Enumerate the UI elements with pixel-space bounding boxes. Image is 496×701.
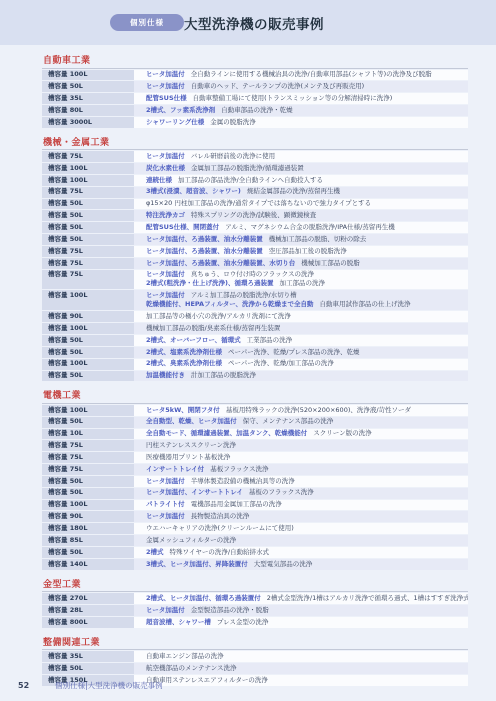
table-row: 槽容量 90L加工部品等の極小穴の洗浄/アルカリ洗剤にて洗浄 — [42, 311, 468, 322]
description-line: 2槽式(粗洗浄・仕上げ洗浄)、循環ろ過装置加工部品の洗浄 — [146, 280, 466, 287]
description-line: 2槽式、オーバーフロー、循環式工業部品の洗浄 — [146, 337, 466, 344]
description-text: 機械加工部品の脱脂、切粉の除去 — [269, 235, 367, 243]
table-row: 槽容量 50L全自動型、乾燥、ヒータ加温付保守、メンテナンス部品の洗浄 — [42, 417, 468, 428]
description-text: φ15×20 円柱加工部品の洗浄/通常タイプでは落ちないので強力タイプとする — [146, 199, 371, 207]
industry-section: 自動車工業槽容量 100Lヒータ加温付全自動ラインに使用する機械治具の洗浄/自動… — [42, 53, 468, 128]
tank-capacity-cell: 槽容量 90L — [42, 311, 134, 322]
description-text: 基板のフラックス洗浄 — [249, 488, 314, 496]
description-line: ヒータ5kW、開閉フタ付基板用特殊ラックの洗浄(520×200×600)、洗浄液… — [146, 407, 466, 414]
description-cell: 2槽式、臭素系洗浄剤仕様ペーパー洗浄、乾燥/加工部品の洗浄 — [134, 359, 468, 370]
table-row: 槽容量 100Lパトライト付電機部品用金属加工部品の洗浄 — [42, 500, 468, 511]
description-line: 2槽式特殊ワイヤーの洗浄/自動給排水式 — [146, 549, 466, 556]
description-text: 自動車用ステンレスエアフィルターの洗浄 — [146, 676, 268, 684]
description-line: ヒータ加温付自動車のヘッド、テールランプの洗浄(メンテ及び再販売用) — [146, 83, 466, 90]
description-cell: 金属メッシュフィルターの洗浄 — [134, 535, 468, 546]
tank-capacity-cell: 槽容量 50L — [42, 371, 134, 382]
description-cell: ヒータ加温付半導体製造設備の機械治具等の洗浄 — [134, 476, 468, 487]
table-row: 槽容量 75L円柱ステンレススクリーン洗浄 — [42, 440, 468, 451]
description-text: 2槽式金型洗浄/1槽はアルカリ洗浄で循環ろ過式、1槽はすすぎ洗浄式 — [267, 594, 468, 602]
feature-keyword: 加温機能付き — [146, 371, 185, 379]
table-row: 槽容量 35L配管SUS仕様自動車整備工場にて使用(トランスミッション等の分解清… — [42, 93, 468, 104]
feature-keyword: ヒータ加温付 — [146, 512, 185, 520]
tank-capacity-cell: 槽容量 75L — [42, 258, 134, 269]
feature-keyword: 配管SUS仕様、開閉蓋付 — [146, 223, 219, 231]
description-text: 加工部品の洗浄 — [279, 279, 325, 287]
description-line: ヒータ加温付半導体製造設備の機械治具等の洗浄 — [146, 478, 466, 485]
tank-capacity-cell: 槽容量 35L — [42, 651, 134, 662]
description-line: パトライト付電機部品用金属加工部品の洗浄 — [146, 501, 466, 508]
description-line: 乾燥機能付、HEPAフィルター、洗浄から乾燥まで全自動自動車用試作部品の仕上げ洗… — [146, 301, 466, 308]
description-cell: 2槽式、塩素系洗浄剤仕様ペーパー洗浄、乾燥/プレス部品の洗浄、乾燥 — [134, 347, 468, 358]
tank-capacity-cell: 槽容量 75L — [42, 246, 134, 257]
description-text: 特殊スプリングの洗浄/試験後、顕微鏡検査 — [191, 211, 316, 219]
tank-capacity-cell: 槽容量 50L — [42, 476, 134, 487]
page-footer: 52 個別仕様|大型洗浄機の販売事例 — [18, 680, 163, 691]
table-row: 槽容量 50Lヒータ加温付、インサートトレイ基板のフラックス洗浄 — [42, 488, 468, 499]
table-row: 槽容量 50Lヒータ加温付自動車のヘッド、テールランプの洗浄(メンテ及び再販売用… — [42, 81, 468, 92]
description-text: 電機部品用金属加工部品の洗浄 — [191, 500, 282, 508]
description-line: ヒータ加温付、ろ過装置、油水分離装置機械加工部品の脱脂、切粉の除去 — [146, 236, 466, 243]
spec-table: 槽容量 270L2槽式、ヒータ加温付、循環ろ過装置付2槽式金型洗浄/1槽はアルカ… — [42, 593, 468, 628]
tank-capacity-cell: 槽容量 3000L — [42, 117, 134, 128]
feature-keyword: ヒータ加温付 — [146, 82, 185, 90]
description-text: 計加工部品の脱脂洗浄 — [191, 371, 256, 379]
feature-keyword: ヒータ5kW、開閉フタ付 — [146, 406, 220, 414]
description-line: φ15×20 円柱加工部品の洗浄/通常タイプでは落ちないので強力タイプとする — [146, 200, 466, 207]
description-text: 基板フラックス洗浄 — [210, 465, 268, 473]
tank-capacity-cell: 槽容量 75L — [42, 187, 134, 198]
description-text: 空圧部品加工後の脱脂洗浄 — [269, 247, 347, 255]
description-cell: ヒータ加温付、インサートトレイ基板のフラックス洗浄 — [134, 488, 468, 499]
table-row: 槽容量 100Lヒータ加温付アルミ加工部品の脱脂洗浄/水切り槽乾燥機能付、HEP… — [42, 290, 468, 310]
table-row: 槽容量 28Lヒータ加温付金型製造部品の洗浄・脱脂 — [42, 605, 468, 616]
description-text: 加工部品の部品洗浄/全自動ラインへ自動投入する — [178, 176, 323, 184]
description-cell: 全自動モード、循環濾過装置、加温タンク、乾燥機能付スクリーン版の洗浄 — [134, 429, 468, 440]
feature-keyword: 全自動型、乾燥、ヒータ加温付 — [146, 417, 237, 425]
description-text: 加工部品等の極小穴の洗浄/アルカリ洗剤にて洗浄 — [146, 312, 291, 320]
description-text: 自動車エンジン部品の洗浄 — [146, 652, 224, 660]
tank-capacity-cell: 槽容量 50L — [42, 199, 134, 210]
description-line: ヒータ加温付、ろ過装置、油水分離装置、水切り台機械加工部品の脱脂 — [146, 260, 466, 267]
section-title: 自動車工業 — [42, 53, 468, 69]
description-text: 焼結金属部品の洗浄/蒸留再生機 — [247, 187, 340, 195]
feature-keyword: ヒータ加温付 — [146, 70, 185, 78]
description-cell: 2槽式、フッ素系洗浄剤自動車部品の洗浄・乾燥 — [134, 105, 468, 116]
description-text: 長物製造治具の洗浄 — [191, 512, 250, 520]
tank-capacity-cell: 槽容量 270L — [42, 593, 134, 604]
description-text: 金属の脱脂洗浄 — [210, 118, 256, 126]
description-line: 2槽式、フッ素系洗浄剤自動車部品の洗浄・乾燥 — [146, 107, 466, 114]
tank-capacity-cell: 槽容量 140L — [42, 559, 134, 570]
description-line: 特注洗浄カゴ特殊スプリングの洗浄/試験後、顕微鏡検査 — [146, 212, 466, 219]
table-row: 槽容量 35L自動車エンジン部品の洗浄 — [42, 651, 468, 662]
tank-capacity-cell: 槽容量 50L — [42, 222, 134, 233]
description-cell: ウエハーキャリアの洗浄(クリーンルームにて使用) — [134, 523, 468, 534]
description-text: 医療機器用プリント基板洗浄 — [146, 453, 230, 461]
tank-capacity-cell: 槽容量 100L — [42, 175, 134, 186]
feature-keyword: ヒータ加温付 — [146, 270, 185, 278]
table-row: 槽容量 50Lφ15×20 円柱加工部品の洗浄/通常タイプでは落ちないので強力タ… — [42, 199, 468, 210]
tank-capacity-cell: 槽容量 100L — [42, 323, 134, 334]
description-cell: 炭化水素仕様金属加工部品の脱脂洗浄/循環濾過装置 — [134, 163, 468, 174]
feature-keyword: 2槽式 — [146, 548, 164, 556]
description-text: 自動車整備工場にて使用(トランスミッション等の分解清掃時に洗浄) — [193, 94, 393, 102]
description-cell: 2槽式、ヒータ加温付、循環ろ過装置付2槽式金型洗浄/1槽はアルカリ洗浄で循環ろ過… — [134, 593, 468, 604]
description-line: 超音波槽、シャワー槽プレス金型の洗浄 — [146, 619, 466, 626]
industry-section: 金型工業槽容量 270L2槽式、ヒータ加温付、循環ろ過装置付2槽式金型洗浄/1槽… — [42, 577, 468, 628]
description-line: ヒータ加温付金型製造部品の洗浄・脱脂 — [146, 607, 466, 614]
table-row: 槽容量 50Lヒータ加温付半導体製造設備の機械治具等の洗浄 — [42, 476, 468, 487]
description-text: 機械加工部品の脱脂 — [301, 259, 360, 267]
table-row: 槽容量 10L全自動モード、循環濾過装置、加温タンク、乾燥機能付スクリーン版の洗… — [42, 429, 468, 440]
table-row: 槽容量 3000Lシャワーリング仕様金属の脱脂洗浄 — [42, 117, 468, 128]
description-cell: ヒータ加温付、ろ過装置、油水分離装置機械加工部品の脱脂、切粉の除去 — [134, 234, 468, 245]
description-line: 医療機器用プリント基板洗浄 — [146, 454, 466, 461]
tank-capacity-cell: 槽容量 100L — [42, 290, 134, 310]
spec-table: 槽容量 75Lヒータ加温付バレル研磨前後の洗浄に使用槽容量 100L炭化水素仕様… — [42, 151, 468, 381]
feature-keyword: インサートトレイ付 — [146, 465, 204, 473]
tank-capacity-cell: 槽容量 35L — [42, 93, 134, 104]
tank-capacity-cell: 槽容量 180L — [42, 523, 134, 534]
feature-keyword: パトライト付 — [146, 500, 185, 508]
description-cell: 自動車用ステンレスエアフィルターの洗浄 — [134, 675, 468, 686]
description-line: ヒータ加温付、インサートトレイ基板のフラックス洗浄 — [146, 489, 466, 496]
feature-keyword: 全自動モード、循環濾過装置、加温タンク、乾燥機能付 — [146, 429, 307, 437]
feature-keyword: 2槽式、臭素系洗浄剤仕様 — [146, 359, 222, 367]
tank-capacity-cell: 槽容量 50L — [42, 234, 134, 245]
tank-capacity-cell: 槽容量 50L — [42, 663, 134, 674]
description-text: アルミ加工部品の脱脂洗浄/水切り槽 — [191, 291, 297, 299]
description-text: 基板用特殊ラックの洗浄(520×200×600)、洗浄液/苛性ソーダ — [226, 406, 411, 414]
description-cell: 円柱ステンレススクリーン洗浄 — [134, 440, 468, 451]
description-cell: 配管SUS仕様、開閉蓋付アルミ、マグネシウム合金の脱脂洗浄/IPA仕様/蒸留再生… — [134, 222, 468, 233]
tank-capacity-cell: 槽容量 50L — [42, 347, 134, 358]
feature-keyword: 2槽式(粗洗浄・仕上げ洗浄)、循環ろ過装置 — [146, 279, 273, 287]
description-text: 特殊ワイヤーの洗浄/自動給排水式 — [170, 548, 270, 556]
industry-section: 電機工業槽容量 100Lヒータ5kW、開閉フタ付基板用特殊ラックの洗浄(520×… — [42, 388, 468, 569]
page-title: 大型洗浄機の販売事例 — [184, 13, 324, 33]
table-row: 槽容量 50L2槽式、オーバーフロー、循環式工業部品の洗浄 — [42, 335, 468, 346]
feature-keyword: ヒータ加温付 — [146, 477, 185, 485]
feature-keyword: 乾燥機能付、HEPAフィルター、洗浄から乾燥まで全自動 — [146, 300, 314, 308]
table-row: 槽容量 90Lヒータ加温付長物製造治具の洗浄 — [42, 511, 468, 522]
table-row: 槽容量 270L2槽式、ヒータ加温付、循環ろ過装置付2槽式金型洗浄/1槽はアルカ… — [42, 593, 468, 604]
description-text: 円柱ステンレススクリーン洗浄 — [146, 441, 236, 449]
description-line: 円柱ステンレススクリーン洗浄 — [146, 442, 466, 449]
description-cell: 2槽式、オーバーフロー、循環式工業部品の洗浄 — [134, 335, 468, 346]
description-text: 航空機部品のメンテナンス洗浄 — [146, 664, 236, 672]
tank-capacity-cell: 槽容量 800L — [42, 617, 134, 628]
table-row: 槽容量 50L2槽式、塩素系洗浄剤仕様ペーパー洗浄、乾燥/プレス部品の洗浄、乾燥 — [42, 347, 468, 358]
tank-capacity-cell: 槽容量 50L — [42, 210, 134, 221]
tank-capacity-cell: 槽容量 100L — [42, 405, 134, 416]
feature-keyword: 連続仕様 — [146, 176, 172, 184]
description-line: インサートトレイ付基板フラックス洗浄 — [146, 466, 466, 473]
page-header: 個別仕様 大型洗浄機の販売事例 — [0, 0, 496, 45]
tank-capacity-cell: 槽容量 10L — [42, 429, 134, 440]
description-cell: ヒータ加温付真ちゅう、ロウ付け時のフラックスの洗浄2槽式(粗洗浄・仕上げ洗浄)、… — [134, 270, 468, 290]
table-row: 槽容量 100L2槽式、臭素系洗浄剤仕様ペーパー洗浄、乾燥/加工部品の洗浄 — [42, 359, 468, 370]
description-cell: 機械加工部品の脱脂/臭素系仕様/蒸留再生装置 — [134, 323, 468, 334]
description-cell: ヒータ加温付金型製造部品の洗浄・脱脂 — [134, 605, 468, 616]
feature-keyword: 特注洗浄カゴ — [146, 211, 185, 219]
description-cell: シャワーリング仕様金属の脱脂洗浄 — [134, 117, 468, 128]
description-line: 2槽式、ヒータ加温付、循環ろ過装置付2槽式金型洗浄/1槽はアルカリ洗浄で循環ろ過… — [146, 595, 466, 602]
description-line: 配管SUS仕様、開閉蓋付アルミ、マグネシウム合金の脱脂洗浄/IPA仕様/蒸留再生… — [146, 224, 466, 231]
description-line: 全自動モード、循環濾過装置、加温タンク、乾燥機能付スクリーン版の洗浄 — [146, 430, 466, 437]
feature-keyword: ヒータ加温付 — [146, 606, 185, 614]
tank-capacity-cell: 槽容量 75L — [42, 440, 134, 451]
tank-capacity-cell: 槽容量 100L — [42, 163, 134, 174]
description-line: 炭化水素仕様金属加工部品の脱脂洗浄/循環濾過装置 — [146, 165, 466, 172]
tank-capacity-cell: 槽容量 75L — [42, 270, 134, 290]
description-text: 金属加工部品の脱脂洗浄/循環濾過装置 — [191, 164, 304, 172]
table-row: 槽容量 75Lヒータ加温付真ちゅう、ロウ付け時のフラックスの洗浄2槽式(粗洗浄・… — [42, 270, 468, 290]
tank-capacity-cell: 槽容量 100L — [42, 359, 134, 370]
page-number: 52 — [18, 681, 29, 690]
table-row: 槽容量 100L連続仕様加工部品の部品洗浄/全自動ラインへ自動投入する — [42, 175, 468, 186]
section-title: 機械・金属工業 — [42, 135, 468, 151]
description-cell: ヒータ加温付、ろ過装置、油水分離装置、水切り台機械加工部品の脱脂 — [134, 258, 468, 269]
description-cell: 医療機器用プリント基板洗浄 — [134, 452, 468, 463]
spec-category-badge: 個別仕様 — [110, 14, 184, 31]
description-cell: ヒータ加温付バレル研磨前後の洗浄に使用 — [134, 151, 468, 162]
description-line: 全自動型、乾燥、ヒータ加温付保守、メンテナンス部品の洗浄 — [146, 418, 466, 425]
feature-keyword: 3槽式(浸漬、超音波、シャワー) — [146, 187, 241, 195]
feature-keyword: ヒータ加温付、ろ過装置、油水分離装置 — [146, 235, 263, 243]
table-row: 槽容量 50L航空機部品のメンテナンス洗浄 — [42, 663, 468, 674]
description-text: 機械加工部品の脱脂/臭素系仕様/蒸留再生装置 — [146, 324, 280, 332]
footer-running-title: 個別仕様|大型洗浄機の販売事例 — [55, 680, 163, 691]
description-cell: 3槽式、ヒータ加温付、昇降装置付大型電気部品の洗浄 — [134, 559, 468, 570]
feature-keyword: ヒータ加温付 — [146, 152, 185, 160]
content: 自動車工業槽容量 100Lヒータ加温付全自動ラインに使用する機械治具の洗浄/自動… — [0, 45, 496, 686]
description-line: シャワーリング仕様金属の脱脂洗浄 — [146, 119, 466, 126]
table-row: 槽容量 75Lヒータ加温付、ろ過装置、油水分離装置、水切り台機械加工部品の脱脂 — [42, 258, 468, 269]
description-cell: インサートトレイ付基板フラックス洗浄 — [134, 464, 468, 475]
description-line: ヒータ加温付アルミ加工部品の脱脂洗浄/水切り槽 — [146, 292, 466, 299]
description-cell: ヒータ加温付自動車のヘッド、テールランプの洗浄(メンテ及び再販売用) — [134, 81, 468, 92]
feature-keyword: ヒータ加温付 — [146, 291, 185, 299]
feature-keyword: 配管SUS仕様 — [146, 94, 187, 102]
description-text: 保守、メンテナンス部品の洗浄 — [243, 417, 333, 425]
table-row: 槽容量 180Lウエハーキャリアの洗浄(クリーンルームにて使用) — [42, 523, 468, 534]
table-row: 槽容量 50L特注洗浄カゴ特殊スプリングの洗浄/試験後、顕微鏡検査 — [42, 210, 468, 221]
table-row: 槽容量 800L超音波槽、シャワー槽プレス金型の洗浄 — [42, 617, 468, 628]
description-line: 加温機能付き計加工部品の脱脂洗浄 — [146, 372, 466, 379]
description-text: ペーパー洗浄、乾燥/加工部品の洗浄 — [228, 359, 334, 367]
description-text: バレル研磨前後の洗浄に使用 — [191, 152, 275, 160]
description-text: ウエハーキャリアの洗浄(クリーンルームにて使用) — [146, 524, 294, 532]
tank-capacity-cell: 槽容量 50L — [42, 488, 134, 499]
description-line: 配管SUS仕様自動車整備工場にて使用(トランスミッション等の分解清掃時に洗浄) — [146, 95, 466, 102]
description-text: 金型製造部品の洗浄・脱脂 — [191, 606, 269, 614]
feature-keyword: 2槽式、ヒータ加温付、循環ろ過装置付 — [146, 594, 261, 602]
description-text: 真ちゅう、ロウ付け時のフラックスの洗浄 — [191, 270, 314, 278]
feature-keyword: 炭化水素仕様 — [146, 164, 185, 172]
description-cell: φ15×20 円柱加工部品の洗浄/通常タイプでは落ちないので強力タイプとする — [134, 199, 468, 210]
table-row: 槽容量 100L炭化水素仕様金属加工部品の脱脂洗浄/循環濾過装置 — [42, 163, 468, 174]
table-row: 槽容量 75L3槽式(浸漬、超音波、シャワー)焼結金属部品の洗浄/蒸留再生機 — [42, 187, 468, 198]
spec-table: 槽容量 100Lヒータ5kW、開閉フタ付基板用特殊ラックの洗浄(520×200×… — [42, 405, 468, 570]
description-cell: ヒータ加温付、ろ過装置、油水分離装置空圧部品加工後の脱脂洗浄 — [134, 246, 468, 257]
tank-capacity-cell: 槽容量 100L — [42, 70, 134, 81]
tank-capacity-cell: 槽容量 75L — [42, 452, 134, 463]
description-line: ヒータ加温付バレル研磨前後の洗浄に使用 — [146, 153, 466, 160]
description-line: 2槽式、塩素系洗浄剤仕様ペーパー洗浄、乾燥/プレス部品の洗浄、乾燥 — [146, 349, 466, 356]
description-cell: 3槽式(浸漬、超音波、シャワー)焼結金属部品の洗浄/蒸留再生機 — [134, 187, 468, 198]
description-cell: 航空機部品のメンテナンス洗浄 — [134, 663, 468, 674]
description-cell: ヒータ加温付全自動ラインに使用する機械治具の洗浄/自動車用部品(シャフト等)の洗… — [134, 70, 468, 81]
table-row: 槽容量 80L2槽式、フッ素系洗浄剤自動車部品の洗浄・乾燥 — [42, 105, 468, 116]
description-text: スクリーン版の洗浄 — [313, 429, 371, 437]
description-cell: 超音波槽、シャワー槽プレス金型の洗浄 — [134, 617, 468, 628]
tank-capacity-cell: 槽容量 50L — [42, 547, 134, 558]
description-line: 連続仕様加工部品の部品洗浄/全自動ラインへ自動投入する — [146, 177, 466, 184]
description-text: 自動車のヘッド、テールランプの洗浄(メンテ及び再販売用) — [191, 82, 364, 90]
feature-keyword: ヒータ加温付、ろ過装置、油水分離装置 — [146, 247, 263, 255]
description-text: アルミ、マグネシウム合金の脱脂洗浄/IPA仕様/蒸留再生機 — [225, 223, 395, 231]
tank-capacity-cell: 槽容量 90L — [42, 511, 134, 522]
tank-capacity-cell: 槽容量 28L — [42, 605, 134, 616]
tank-capacity-cell: 槽容量 75L — [42, 464, 134, 475]
description-line: ヒータ加温付全自動ラインに使用する機械治具の洗浄/自動車用部品(シャフト等)の洗… — [146, 71, 466, 78]
section-title: 金型工業 — [42, 577, 468, 593]
feature-keyword: シャワーリング仕様 — [146, 118, 204, 126]
tank-capacity-cell: 槽容量 50L — [42, 417, 134, 428]
tank-capacity-cell: 槽容量 50L — [42, 81, 134, 92]
description-text: 大型電気部品の洗浄 — [254, 560, 313, 568]
description-text: 自動車部品の洗浄・乾燥 — [221, 106, 293, 114]
description-cell: 特注洗浄カゴ特殊スプリングの洗浄/試験後、顕微鏡検査 — [134, 210, 468, 221]
industry-section: 機械・金属工業槽容量 75Lヒータ加温付バレル研磨前後の洗浄に使用槽容量 100… — [42, 135, 468, 382]
table-row: 槽容量 100Lヒータ加温付全自動ラインに使用する機械治具の洗浄/自動車用部品(… — [42, 70, 468, 81]
feature-keyword: 2槽式、フッ素系洗浄剤 — [146, 106, 215, 114]
table-row: 槽容量 75L医療機器用プリント基板洗浄 — [42, 452, 468, 463]
tank-capacity-cell: 槽容量 50L — [42, 335, 134, 346]
industry-section: 整備関連工業槽容量 35L自動車エンジン部品の洗浄槽容量 50L航空機部品のメン… — [42, 635, 468, 686]
description-cell: 加温機能付き計加工部品の脱脂洗浄 — [134, 371, 468, 382]
description-line: 2槽式、臭素系洗浄剤仕様ペーパー洗浄、乾燥/加工部品の洗浄 — [146, 360, 466, 367]
table-row: 槽容量 75Lインサートトレイ付基板フラックス洗浄 — [42, 464, 468, 475]
description-line: ヒータ加温付真ちゅう、ロウ付け時のフラックスの洗浄 — [146, 271, 466, 278]
description-text: プレス金型の洗浄 — [217, 618, 269, 626]
feature-keyword: ヒータ加温付、ろ過装置、油水分離装置、水切り台 — [146, 259, 295, 267]
table-row: 槽容量 75Lヒータ加温付、ろ過装置、油水分離装置空圧部品加工後の脱脂洗浄 — [42, 246, 468, 257]
table-row: 槽容量 50Lヒータ加温付、ろ過装置、油水分離装置機械加工部品の脱脂、切粉の除去 — [42, 234, 468, 245]
tank-capacity-cell: 槽容量 80L — [42, 105, 134, 116]
description-line: 航空機部品のメンテナンス洗浄 — [146, 665, 466, 672]
spec-table: 槽容量 100Lヒータ加温付全自動ラインに使用する機械治具の洗浄/自動車用部品(… — [42, 70, 468, 128]
feature-keyword: 超音波槽、シャワー槽 — [146, 618, 211, 626]
description-cell: ヒータ加温付アルミ加工部品の脱脂洗浄/水切り槽乾燥機能付、HEPAフィルター、洗… — [134, 290, 468, 310]
description-cell: 全自動型、乾燥、ヒータ加温付保守、メンテナンス部品の洗浄 — [134, 417, 468, 428]
section-title: 電機工業 — [42, 388, 468, 404]
description-line: 機械加工部品の脱脂/臭素系仕様/蒸留再生装置 — [146, 325, 466, 332]
description-line: 3槽式、ヒータ加温付、昇降装置付大型電気部品の洗浄 — [146, 561, 466, 568]
table-row: 槽容量 75Lヒータ加温付バレル研磨前後の洗浄に使用 — [42, 151, 468, 162]
table-row: 槽容量 140L3槽式、ヒータ加温付、昇降装置付大型電気部品の洗浄 — [42, 559, 468, 570]
tank-capacity-cell: 槽容量 85L — [42, 535, 134, 546]
description-line: 自動車用ステンレスエアフィルターの洗浄 — [146, 677, 466, 684]
tank-capacity-cell: 槽容量 100L — [42, 500, 134, 511]
description-line: ウエハーキャリアの洗浄(クリーンルームにて使用) — [146, 525, 466, 532]
table-row: 槽容量 100Lヒータ5kW、開閉フタ付基板用特殊ラックの洗浄(520×200×… — [42, 405, 468, 416]
tank-capacity-cell: 槽容量 75L — [42, 151, 134, 162]
description-line: ヒータ加温付、ろ過装置、油水分離装置空圧部品加工後の脱脂洗浄 — [146, 248, 466, 255]
description-text: 工業部品の洗浄 — [247, 336, 293, 344]
feature-keyword: 2槽式、塩素系洗浄剤仕様 — [146, 348, 222, 356]
description-cell: 連続仕様加工部品の部品洗浄/全自動ラインへ自動投入する — [134, 175, 468, 186]
feature-keyword: 2槽式、オーバーフロー、循環式 — [146, 336, 241, 344]
table-row: 槽容量 50L2槽式特殊ワイヤーの洗浄/自動給排水式 — [42, 547, 468, 558]
description-cell: 2槽式特殊ワイヤーの洗浄/自動給排水式 — [134, 547, 468, 558]
description-cell: ヒータ加温付長物製造治具の洗浄 — [134, 511, 468, 522]
description-cell: 加工部品等の極小穴の洗浄/アルカリ洗剤にて洗浄 — [134, 311, 468, 322]
description-text: ペーパー洗浄、乾燥/プレス部品の洗浄、乾燥 — [228, 348, 359, 356]
description-line: 金属メッシュフィルターの洗浄 — [146, 537, 466, 544]
description-cell: 自動車エンジン部品の洗浄 — [134, 651, 468, 662]
table-row: 槽容量 50L配管SUS仕様、開閉蓋付アルミ、マグネシウム合金の脱脂洗浄/IPA… — [42, 222, 468, 233]
description-cell: ヒータ5kW、開閉フタ付基板用特殊ラックの洗浄(520×200×600)、洗浄液… — [134, 405, 468, 416]
feature-keyword: ヒータ加温付、インサートトレイ — [146, 488, 243, 496]
description-line: 加工部品等の極小穴の洗浄/アルカリ洗剤にて洗浄 — [146, 313, 466, 320]
description-line: ヒータ加温付長物製造治具の洗浄 — [146, 513, 466, 520]
description-text: 全自動ラインに使用する機械治具の洗浄/自動車用部品(シャフト等)の洗浄及び脱脂 — [191, 70, 432, 78]
description-line: 自動車エンジン部品の洗浄 — [146, 653, 466, 660]
table-row: 槽容量 85L金属メッシュフィルターの洗浄 — [42, 535, 468, 546]
table-row: 槽容量 100L機械加工部品の脱脂/臭素系仕様/蒸留再生装置 — [42, 323, 468, 334]
description-text: 半導体製造設備の機械治具等の洗浄 — [191, 477, 295, 485]
section-title: 整備関連工業 — [42, 635, 468, 651]
description-text: 金属メッシュフィルターの洗浄 — [146, 536, 236, 544]
table-row: 槽容量 50L加温機能付き計加工部品の脱脂洗浄 — [42, 371, 468, 382]
description-cell: パトライト付電機部品用金属加工部品の洗浄 — [134, 500, 468, 511]
description-text: 自動車用試作部品の仕上げ洗浄 — [320, 300, 411, 308]
feature-keyword: 3槽式、ヒータ加温付、昇降装置付 — [146, 560, 248, 568]
description-line: 3槽式(浸漬、超音波、シャワー)焼結金属部品の洗浄/蒸留再生機 — [146, 188, 466, 195]
description-cell: 配管SUS仕様自動車整備工場にて使用(トランスミッション等の分解清掃時に洗浄) — [134, 93, 468, 104]
